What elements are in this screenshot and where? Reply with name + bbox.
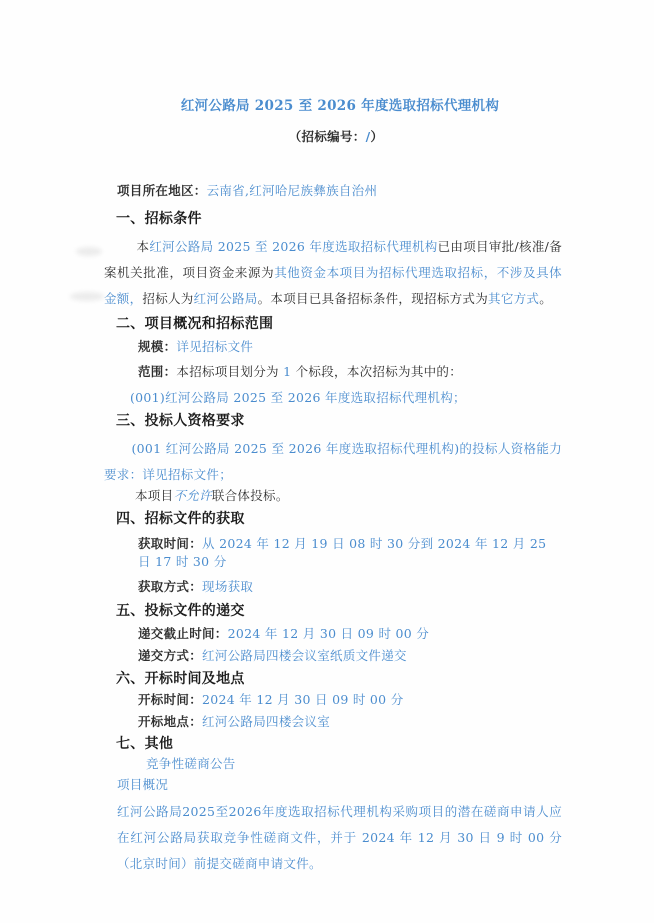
document-content: 红河公路局 2025 至 2026 年度选取招标代理机构 （招标编号：/） 项目… <box>100 96 562 877</box>
obtain-time-line: 获取时间：从 2024 年 12 月 19 日 08 时 30 分到 2024 … <box>138 535 562 571</box>
scan-artifact <box>70 292 104 301</box>
text-segment: 本招标项目划分为 <box>176 364 283 379</box>
overview-paragraph: 红河公路局2025至2026年度选取招标代理机构采购项目的潜在磋商申请人应在红河… <box>117 799 562 877</box>
section-1-paragraph: 本红河公路局 2025 至 2026 年度选取招标代理机构已由项目审批/核准/备… <box>104 234 562 312</box>
text-segment: 本 <box>137 239 150 254</box>
section-3-heading: 三、投标人资格要求 <box>116 411 562 431</box>
text-segment: 联合体投标。 <box>212 488 289 503</box>
open-time-value: 2024 年 12 月 30 日 09 时 00 分 <box>202 692 404 707</box>
tender-method-value: 其它方式 <box>488 291 539 306</box>
section-7-heading: 七、其他 <box>116 734 562 754</box>
section-6-heading: 六、开标时间及地点 <box>116 669 562 689</box>
obtain-time-label: 获取时间： <box>138 536 202 551</box>
section-4-heading: 四、招标文件的获取 <box>116 509 562 529</box>
scale-label: 规模： <box>138 339 176 354</box>
scale-line: 规模：详见招标文件 <box>138 338 562 356</box>
text-segment: 个标段，本次招标为其中的： <box>291 364 462 379</box>
open-place-line: 开标地点：红河公路局四楼会议室 <box>138 713 562 731</box>
obtain-method-value: 现场获取 <box>202 579 253 594</box>
text-segment: 本项目 <box>135 488 173 503</box>
submit-method-value: 红河公路局四楼会议室纸质文件递交 <box>202 648 407 663</box>
document-title: 红河公路局 2025 至 2026 年度选取招标代理机构 <box>100 96 562 116</box>
scanned-document-page: 红河公路局 2025 至 2026 年度选取招标代理机构 （招标编号：/） 项目… <box>0 0 654 923</box>
open-place-value: 红河公路局四楼会议室 <box>202 714 330 729</box>
project-overview-label: 项目概况 <box>117 776 562 794</box>
obtain-method-line: 获取方式：现场获取 <box>138 578 562 596</box>
project-name-link: 红河公路局 2025 至 2026 年度选取招标代理机构 <box>149 239 437 254</box>
region-value: 云南省,红河哈尼族彝族自治州 <box>207 183 378 198</box>
text-segment: 招标人为 <box>142 291 193 306</box>
jv-not-allowed-value: 不允许 <box>173 488 211 503</box>
section-1-heading: 一、招标条件 <box>116 209 562 229</box>
submit-deadline-line: 递交截止时间：2024 年 12 月 30 日 09 时 00 分 <box>138 625 562 643</box>
open-time-line: 开标时间：2024 年 12 月 30 日 09 时 00 分 <box>138 691 562 709</box>
text-segment: 。本项目已具备招标条件，现招标方式为 <box>258 291 488 306</box>
section-2-heading: 二、项目概况和招标范围 <box>116 314 562 334</box>
bid-number-prefix: （招标编号： <box>289 129 366 144</box>
section-5-heading: 五、投标文件的递交 <box>116 601 562 621</box>
project-region-line: 项目所在地区：云南省,红河哈尼族彝族自治州 <box>117 182 562 200</box>
open-place-label: 开标地点： <box>138 714 202 729</box>
lot-line: (001)红河公路局 2025 至 2026 年度选取招标代理机构； <box>130 389 562 407</box>
tenderer-value: 红河公路局 <box>194 291 258 306</box>
joint-venture-line: 本项目不允许联合体投标。 <box>135 487 562 505</box>
bid-number-line: （招标编号：/） <box>100 128 562 146</box>
scope-line: 范围：本招标项目划分为 1 个标段，本次招标为其中的： <box>138 363 562 381</box>
submit-method-label: 递交方式： <box>138 648 202 663</box>
submit-deadline-label: 递交截止时间： <box>138 626 228 641</box>
obtain-method-label: 获取方式： <box>138 579 202 594</box>
open-time-label: 开标时间： <box>138 692 202 707</box>
submit-method-line: 递交方式：红河公路局四楼会议室纸质文件递交 <box>138 647 562 665</box>
qualification-paragraph: (001 红河公路局 2025 至 2026 年度选取招标代理机构)的投标人资格… <box>104 436 562 488</box>
text-segment: 。 <box>539 291 552 306</box>
scale-value: 详见招标文件 <box>176 339 253 354</box>
submit-deadline-value: 2024 年 12 月 30 日 09 时 00 分 <box>228 626 430 641</box>
scope-label: 范围： <box>138 364 176 379</box>
region-label: 项目所在地区： <box>117 183 207 198</box>
bid-number-suffix: ） <box>370 129 383 144</box>
negotiation-notice-link: 竞争性磋商公告 <box>146 755 562 773</box>
scan-artifact <box>76 247 102 256</box>
